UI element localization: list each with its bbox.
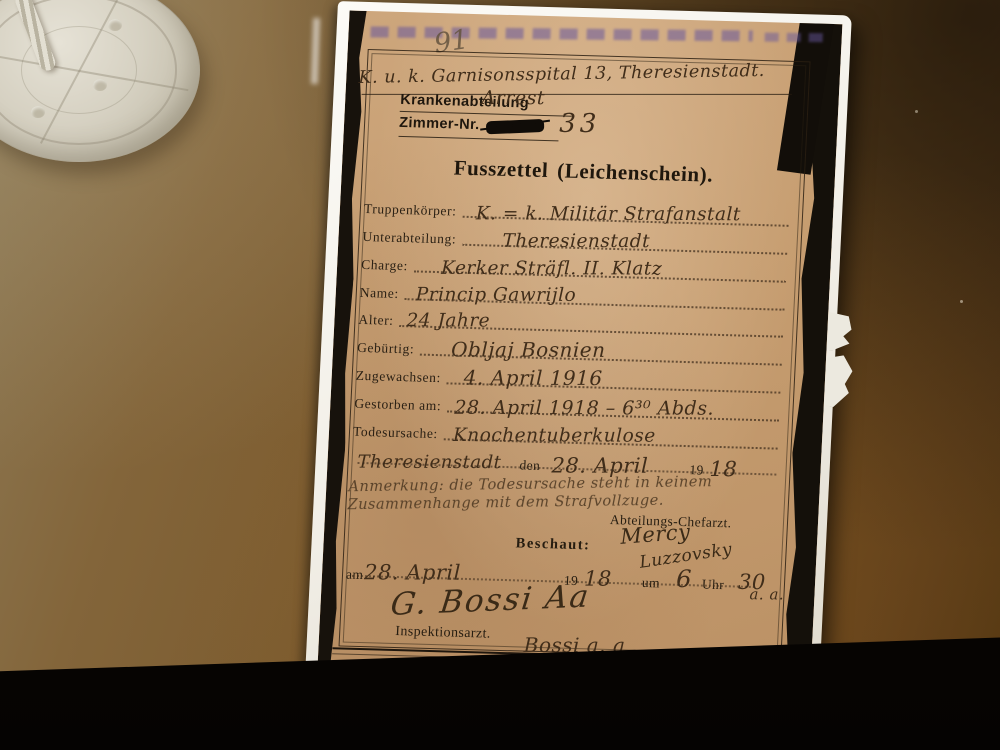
field-label: Zugewachsen:: [355, 368, 441, 388]
field-value: Knochentuberkulose: [453, 425, 656, 447]
field-value: Obljaj Bosnien: [451, 337, 606, 362]
room-number-value: 33: [559, 109, 601, 139]
field-value: 28. April 1918 – 6³⁰ Abds.: [454, 397, 714, 420]
disc-bump: [108, 19, 122, 31]
field-value: 4. April 1916: [464, 366, 603, 390]
photograph: 91 K. u. k. Garnisonsspital 13, Theresie…: [0, 0, 1000, 750]
beschaut-label: Beschaut:: [515, 535, 591, 554]
faded-purple-stamp: [370, 26, 752, 41]
room-number-label: Zimmer-Nr.: [399, 115, 480, 133]
field-label: Charge:: [361, 257, 409, 276]
date-handwritten: 28. April: [551, 453, 648, 477]
ink-blot-strikethrough: [486, 119, 544, 134]
field-value: 24 Jahre: [406, 310, 490, 331]
field-value: Theresienstadt: [502, 231, 650, 253]
field-label: Gebürtig:: [357, 340, 415, 360]
hour-handwritten: 6: [676, 565, 692, 593]
laminated-sheet: 91 K. u. k. Garnisonsspital 13, Theresie…: [304, 1, 852, 709]
exam-date-handwritten: 28. April: [364, 560, 461, 584]
document-paper: 91 K. u. k. Garnisonsspital 13, Theresie…: [317, 10, 843, 695]
field-label: Todesursache:: [353, 424, 439, 444]
year-handwritten: 18: [709, 457, 737, 481]
field-label: Alter:: [358, 312, 394, 331]
inspector-label: Inspektionsarzt.: [395, 624, 491, 643]
field-label: Truppenkörper:: [363, 201, 456, 222]
minute-handwritten: 30: [738, 570, 766, 594]
laminate-glare: [311, 18, 320, 84]
faded-purple-stamp: [765, 33, 823, 43]
department-value-handwritten: Arrest: [481, 87, 545, 109]
field-label: Name:: [359, 285, 399, 304]
field-label: Gestorben am:: [354, 396, 442, 416]
field-value: K. = k. Militär Strafanstalt: [476, 203, 742, 225]
field-value: Princip Gawrijlo: [416, 284, 577, 306]
field-value: Kerker Sträfl. II. Klatz: [441, 258, 662, 280]
field-label: Unterabteilung:: [362, 229, 457, 250]
